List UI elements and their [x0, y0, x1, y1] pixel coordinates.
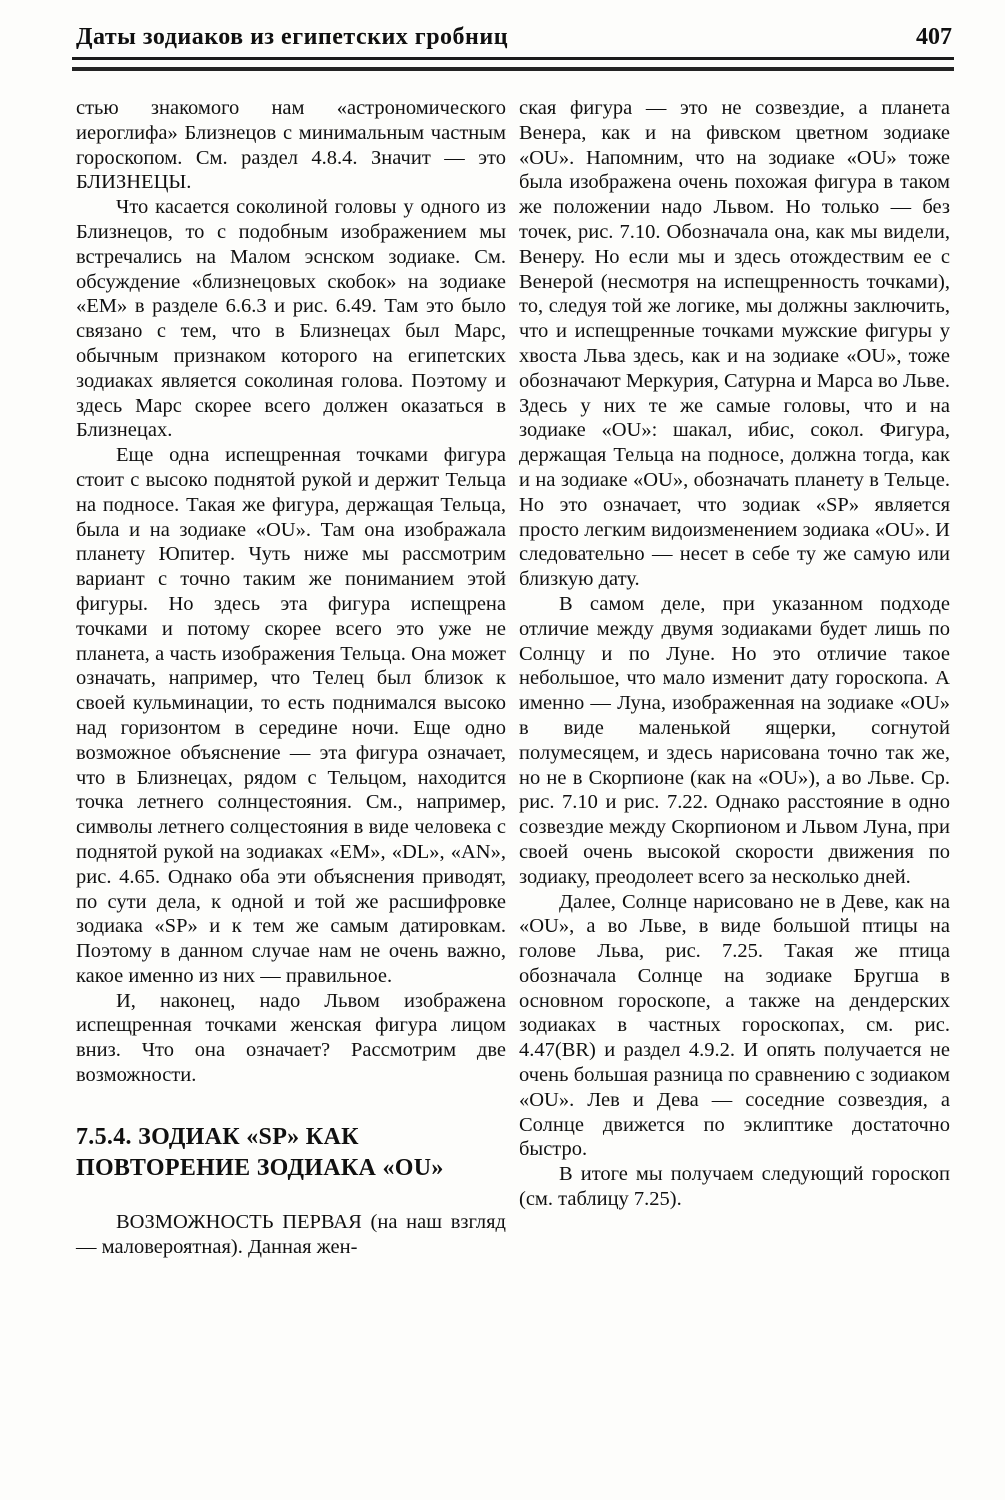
header-rule-top — [72, 57, 954, 60]
left-column: стью знакомого нам «астрономического иер… — [76, 96, 506, 1259]
paragraph: И, наконец, надо Львом изображена испещр… — [76, 989, 506, 1088]
section-heading-line: ПОВТОРЕНИЕ ЗОДИАКА «OU» — [76, 1153, 506, 1184]
paragraph-continuation: ская фигура — это не созвездие, а планет… — [519, 96, 950, 592]
book-page: Даты зодиаков из египетских гробниц 407 … — [0, 0, 1005, 1500]
paragraph: Еще одна испещренная точками фигура стои… — [76, 443, 506, 989]
running-header-title: Даты зодиаков из египетских гробниц — [76, 24, 508, 51]
paragraph-continuation: стью знакомого нам «астрономического иер… — [76, 96, 506, 195]
paragraph-possibility-first: ВОЗМОЖНОСТЬ ПЕРВАЯ (на наш взгляд — мало… — [76, 1210, 506, 1260]
page-number: 407 — [916, 24, 952, 51]
section-heading: 7.5.4. ЗОДИАК «SP» КАК ПОВТОРЕНИЕ ЗОДИАК… — [76, 1122, 506, 1184]
paragraph: В итоге мы получаем следующий гороскоп (… — [519, 1162, 950, 1212]
paragraph: Далее, Солнце нарисовано не в Деве, как … — [519, 890, 950, 1163]
header-rule-bottom — [72, 67, 954, 71]
running-header: Даты зодиаков из египетских гробниц 407 — [76, 24, 952, 51]
paragraph: В самом деле, при указанном подходе отли… — [519, 592, 950, 890]
right-column: ская фигура — это не созвездие, а планет… — [519, 96, 950, 1212]
paragraph: Что касается соколиной головы у одного и… — [76, 195, 506, 443]
section-heading-line: 7.5.4. ЗОДИАК «SP» КАК — [76, 1122, 506, 1153]
